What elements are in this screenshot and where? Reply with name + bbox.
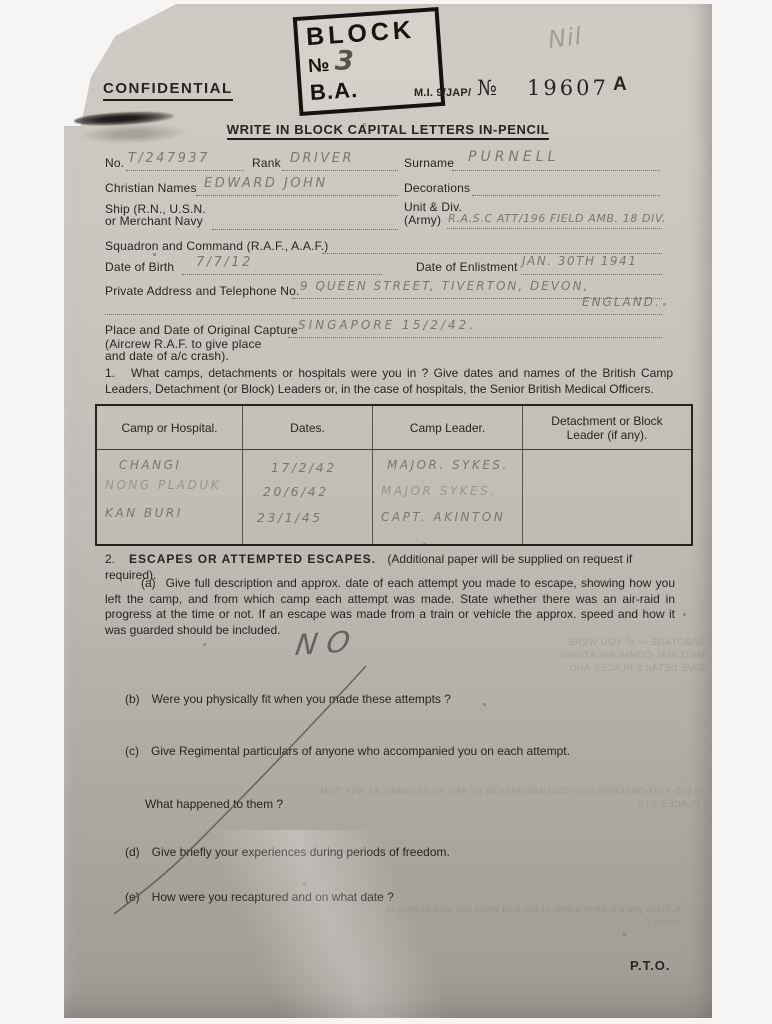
bleedthrough-block-1: SABOTAGE — IF YOU WEREMATERIAL COMMUNICA… (545, 636, 705, 675)
question-2c-label: (c) (125, 744, 139, 758)
field-dob-value: 7/7/12 (196, 255, 253, 270)
question-1-text: What camps, detachments or hospitals wer… (105, 366, 673, 396)
table-col-leader: MAJOR. SYKES. MAJOR SYKES. CAPT. AKINTON (373, 450, 523, 544)
field-rank-label: Rank (252, 156, 281, 170)
question-2c-followup: What happened to them ? (145, 797, 445, 813)
table-col-dates: 17/2/42 20/6/42 23/1/45 (243, 450, 373, 544)
paper-crease (64, 830, 712, 1018)
instruction-text: WRITE IN BLOCK CAPITAL LETTERS IN-PENCIL (227, 122, 550, 140)
field-decorations-label: Decorations (404, 181, 470, 195)
ref-no-symbol: № (477, 76, 497, 100)
field-unit-line (447, 227, 662, 229)
field-unit-label-2: (Army) (404, 213, 441, 227)
field-rank-value: DRIVER (290, 151, 354, 166)
field-unit-value: R.A.S.C ATT/196 FIELD AMB. 18 DIV. (448, 212, 666, 225)
block-number-stamp: BLOCK №3 B.A. (293, 7, 446, 116)
stamp-handwritten-number: 3 (335, 48, 355, 75)
field-squadron-label: Squadron and Command (R.A.F., A.A.F.) (105, 239, 329, 253)
field-christian-value: EDWARD JOHN (204, 176, 328, 191)
field-surname-value: PURNELL (468, 149, 559, 165)
field-capture-label: Place and Date of Original Capture (105, 323, 298, 337)
field-rank-line (282, 169, 398, 171)
leader-row-1: MAJOR. SYKES. (387, 458, 509, 472)
field-capture-sub-2: and date of a/c crash). (105, 349, 229, 363)
field-capture-line (288, 336, 662, 338)
stamp-no-symbol: № (307, 55, 330, 77)
question-1: 1.What camps, detachments or hospitals w… (105, 366, 673, 397)
field-ship-label-2: or Merchant Navy (105, 214, 203, 228)
question-2c: (c)Give Regimental particulars of anyone… (125, 744, 665, 760)
field-surname-label: Surname (404, 156, 454, 170)
field-capture-value: SINGAPORE 15/2/42. (298, 318, 476, 332)
question-2-number: 2. (105, 552, 115, 566)
question-2b-text: Were you physically fit when you made th… (152, 692, 451, 706)
field-enlistment-line (521, 273, 662, 275)
date-row-3: 23/1/45 (257, 510, 323, 525)
field-address-value: 9 QUEEN STREET, TIVERTON, DEVON, (300, 279, 589, 293)
question-1-number: 1. (105, 366, 115, 380)
field-christian-label: Christian Names (105, 181, 197, 195)
question-2c-text: Give Regimental particulars of anyone wh… (151, 744, 570, 758)
camps-table: Camp or Hospital. Dates. Camp Leader. De… (95, 404, 693, 546)
question-2a: (a)Give full description and approx. dat… (105, 576, 675, 638)
field-address-line-2 (105, 313, 662, 315)
field-no-value: T/247937 (128, 151, 210, 166)
leader-row-2: MAJOR SYKES. (381, 484, 497, 498)
table-header-detachment: Detachment or BlockLeader (if any). (523, 406, 691, 450)
table-col-camp: CHANGI NONG PLADUK KAN BURI (97, 450, 243, 544)
leader-row-3: CAPT. AKINTON (381, 510, 505, 524)
question-2a-label: (a) (141, 576, 156, 590)
answer-no-handwritten: NO (293, 624, 361, 662)
table-header-camp: Camp or Hospital. (97, 406, 243, 450)
field-address-label: Private Address and Telephone No. (105, 284, 300, 298)
field-surname-line (452, 169, 660, 171)
ref-letter: A (613, 74, 627, 96)
date-row-1: 17/2/42 (271, 460, 337, 475)
confidential-label: CONFIDENTIAL (103, 80, 233, 101)
question-2-title: ESCAPES OR ATTEMPTED ESCAPES. (129, 552, 376, 566)
question-2b-label: (b) (125, 692, 140, 706)
field-enlistment-label: Date of Enlistment (416, 260, 518, 274)
camp-row-2: NONG PLADUK (105, 478, 221, 492)
field-no-label: No. (105, 156, 124, 170)
field-ship-line (212, 228, 398, 230)
question-2a-text: Give full description and approx. date o… (105, 576, 675, 637)
instruction-heading: WRITE IN BLOCK CAPITAL LETTERS IN-PENCIL (178, 122, 598, 137)
ref-number: 19607 (527, 76, 609, 100)
table-header-leader: Camp Leader. (373, 406, 523, 450)
field-address-value-2: ENGLAND. (582, 295, 661, 309)
field-no-line (126, 169, 244, 171)
field-christian-line (196, 194, 398, 196)
table-header-detachment-text: Detachment or BlockLeader (if any). (551, 414, 662, 442)
table-col-detachment (523, 450, 691, 544)
camp-row-1: CHANGI (119, 458, 181, 472)
date-row-2: 20/6/42 (263, 484, 329, 499)
mi-reference-label: M.I. 9/JAP/ (414, 87, 471, 99)
paper-speckles (64, 4, 65, 5)
scanned-document: BLOCK №3 B.A. CONFIDENTIAL M.I. 9/JAP/ №… (0, 0, 772, 1024)
table-header-dates: Dates. (243, 406, 373, 450)
field-decorations-line (472, 194, 660, 196)
field-dob-line (182, 273, 382, 275)
field-dob-label: Date of Birth (105, 260, 174, 274)
nil-annotation: Nil (546, 22, 583, 54)
camp-row-3: KAN BURI (105, 506, 183, 520)
question-2b: (b)Were you physically fit when you made… (125, 692, 665, 708)
field-enlistment-value: JAN. 30TH 1941 (522, 254, 637, 268)
